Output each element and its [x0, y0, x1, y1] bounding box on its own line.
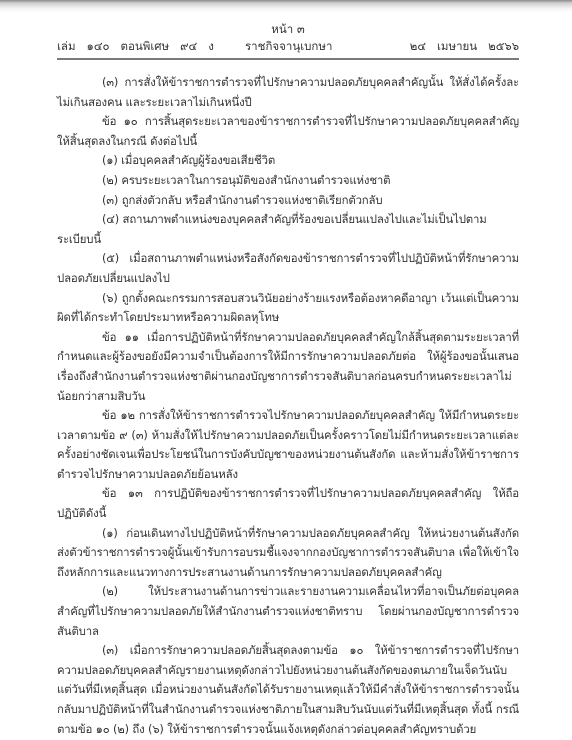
page-number: หน้า ๓: [57, 21, 519, 37]
paragraph-clause12: ข้อ ๑๒ การสั่งให้ข้าราชการตำรวจไปรักษาคว…: [57, 406, 519, 484]
clause10-item-2: (๒) ครบระยะเวลาในการอนุมัติของสำนักงานตำ…: [57, 171, 519, 191]
clause10-item-5: (๕) เมื่อสถานภาพตำแหน่งหรือสังกัดของข้าร…: [57, 249, 519, 288]
clause10-item-3: (๓) ถูกส่งตัวกลับ หรือสำนักงานตำรวจแห่งช…: [57, 191, 519, 211]
paragraph-clause10: ข้อ ๑๐ การสิ้นสุดระยะเวลาของข้าราชการตำร…: [57, 112, 519, 151]
viewer-top-shadow: [0, 0, 572, 12]
clause10-item-4: (๔) สถานภาพตำแหน่งของบุคคลสำคัญที่ร้องขอ…: [57, 210, 519, 249]
paragraph-clause11: ข้อ ๑๑ เมื่อการปฏิบัติหน้าที่รักษาความปล…: [57, 328, 519, 406]
paragraph-clause9-item3: (๓) การสั่งให้ข้าราชการตำรวจที่ไปรักษาคว…: [57, 73, 519, 112]
publication-title: ราชกิจจานุเบกษา: [245, 38, 332, 54]
document-body: (๓) การสั่งให้ข้าราชการตำรวจที่ไปรักษาคว…: [57, 73, 519, 739]
clause13-item-2: (๒) ให้ประสานงานด้านการข่าวและรายงานความ…: [57, 582, 519, 641]
paragraph-clause13: ข้อ ๑๓ การปฏิบัติของข้าราชการตำรวจที่ไปร…: [57, 484, 519, 523]
gazette-header: เล่ม ๑๔๐ ตอนพิเศษ ๙๔ ง ราชกิจจานุเบกษา ๒…: [57, 38, 519, 54]
clause13-item-1: (๑) ก่อนเดินทางไปปฏิบัติหน้าที่รักษาความ…: [57, 524, 519, 583]
clause10-item-6: (๖) ถูกตั้งคณะกรรมการสอบสวนวินัยอย่างร้า…: [57, 289, 519, 328]
clause10-item-1: (๑) เมื่อบุคคลสำคัญผู้ร้องขอเสียชีวิต: [57, 151, 519, 171]
publication-date: ๒๔ เมษายน ๒๕๖๖: [410, 38, 519, 54]
clause13-item-3: (๓) เมื่อการรักษาความปลอดภัยสิ้นสุดลงตาม…: [57, 641, 519, 739]
volume-issue: เล่ม ๑๔๐ ตอนพิเศษ ๙๔ ง: [57, 38, 214, 54]
header-divider: [57, 58, 519, 60]
